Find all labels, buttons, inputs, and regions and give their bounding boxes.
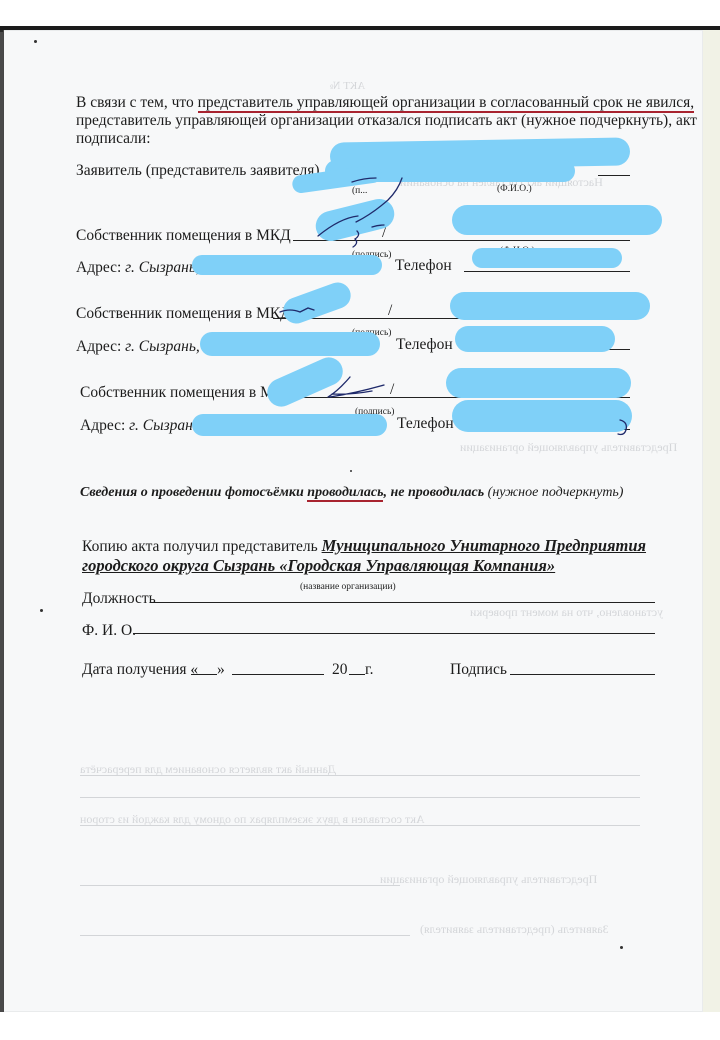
- year-prefix: 20: [332, 661, 348, 679]
- photo-info-line: Сведения о проведении фотосъёмки проводи…: [80, 484, 623, 502]
- position-field: [150, 602, 655, 603]
- copy-received-line: Копию акта получил представитель Муницип…: [82, 537, 646, 556]
- organization-caption: (название организации): [300, 578, 396, 596]
- signature-ink: [0, 0, 720, 1040]
- organization-name-1: Муниципального Унитарного Предприятия: [322, 536, 646, 555]
- position-label: Должность: [82, 590, 156, 608]
- date-year-field: [349, 674, 365, 675]
- signature-label: Подпись: [450, 661, 507, 679]
- organization-name-2: городского округа Сызрань «Городская Упр…: [82, 557, 555, 575]
- date-month-field: [232, 674, 324, 675]
- photo-selected-option: проводилась: [307, 485, 383, 500]
- signature-field: [510, 674, 655, 675]
- fio-label: Ф. И. О.: [82, 622, 136, 640]
- date-received-label: Дата получения «: [82, 661, 198, 679]
- date-day-field: [191, 674, 217, 675]
- fio-field: [133, 633, 655, 634]
